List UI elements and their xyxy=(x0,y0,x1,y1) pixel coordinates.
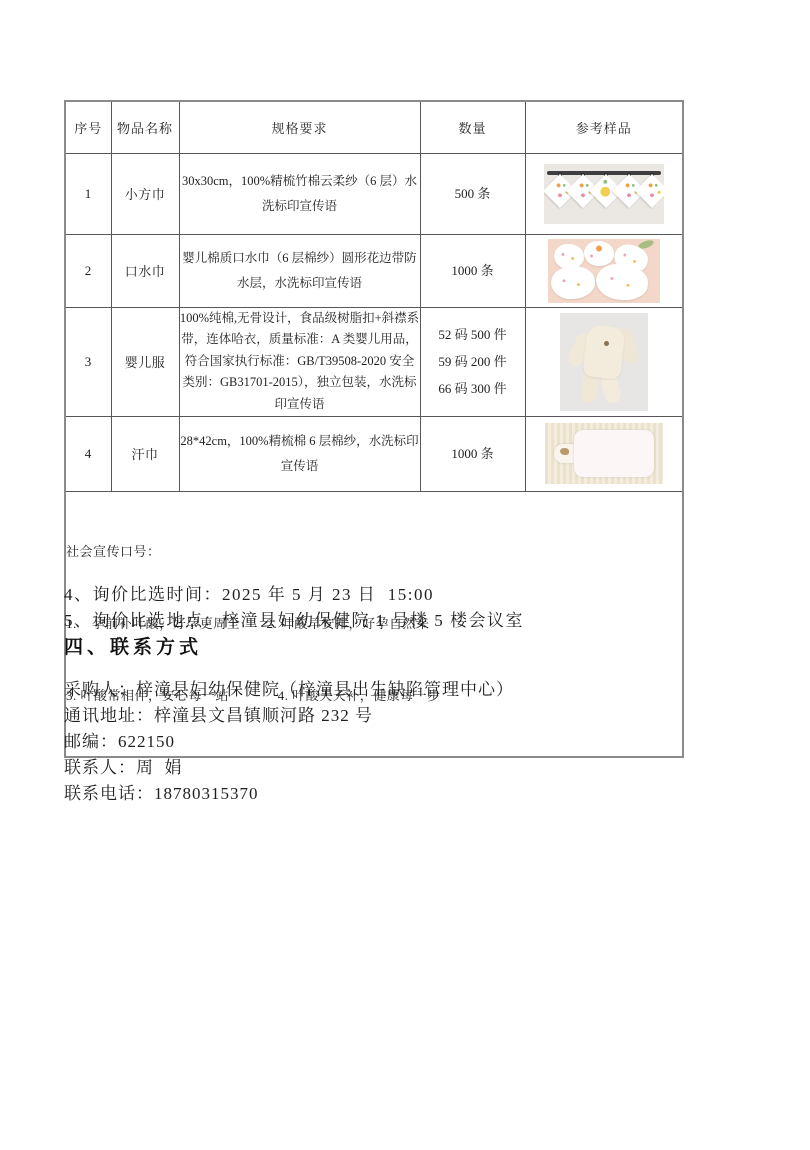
purchaser-line: 采购人：梓潼县妇幼保健院（梓潼县出生缺陷管理中心） xyxy=(64,677,704,703)
romper-body xyxy=(582,324,625,380)
table-row: 4 汗巾 28*42cm，100%精梳棉 6 层棉纱，水洗标印宣传语 1000 … xyxy=(65,416,683,491)
cell-quantity: 500 条 xyxy=(420,153,525,234)
towel xyxy=(635,174,664,208)
contact-person-line: 联系人：周 娟 xyxy=(64,755,704,781)
slogan-title: 社会宣传口号： xyxy=(66,540,682,564)
col-header-sample: 参考样品 xyxy=(525,101,683,153)
bib xyxy=(549,263,596,300)
bib xyxy=(554,244,584,269)
cell-sample xyxy=(525,416,683,491)
cell-serial: 3 xyxy=(65,307,111,416)
cell-quantity: 52 码 500 件 59 码 200 件 66 码 300 件 xyxy=(420,307,525,416)
baby-romper-photo xyxy=(560,313,648,411)
col-header-serial: 序号 xyxy=(65,101,111,153)
sweat-towel-photo xyxy=(545,423,663,484)
cell-spec: 100%纯棉,无骨设计，食品级树脂扣+斜襟系带，连体哈衣，质量标准：A 类婴儿用… xyxy=(179,307,420,416)
hanging-towels-photo xyxy=(544,164,664,224)
col-header-quantity: 数量 xyxy=(420,101,525,153)
col-header-name: 物品名称 xyxy=(111,101,179,153)
flower-bibs-photo xyxy=(548,239,660,303)
cell-sample xyxy=(525,307,683,416)
cell-sample xyxy=(525,153,683,234)
cell-quantity: 1000 条 xyxy=(420,416,525,491)
postcode-line: 邮编：622150 xyxy=(64,729,704,755)
table-row: 2 口水巾 婴儿棉质口水巾（6 层棉纱）圆形花边带防水层，水洗标印宣传语 100… xyxy=(65,234,683,307)
table-header-row: 序号 物品名称 规格要求 数量 参考样品 xyxy=(65,101,683,153)
cell-serial: 1 xyxy=(65,153,111,234)
inquiry-location-line: 5、询价比选地点：梓潼县妇幼保健院 1 号楼 5 楼会议室 xyxy=(64,608,704,634)
cell-serial: 2 xyxy=(65,234,111,307)
cell-spec: 28*42cm，100%精梳棉 6 层棉纱，水洗标印宣传语 xyxy=(179,416,420,491)
cell-quantity: 1000 条 xyxy=(420,234,525,307)
cell-spec: 婴儿棉质口水巾（6 层棉纱）圆形花边带防水层，水洗标印宣传语 xyxy=(179,234,420,307)
cell-item-name: 口水巾 xyxy=(111,234,179,307)
cell-spec: 30x30cm，100%精梳竹棉云柔纱（6 层）水洗标印宣传语 xyxy=(179,153,420,234)
inquiry-time-line: 4、询价比选时间：2025 年 5 月 23 日 15:00 xyxy=(64,582,704,608)
col-header-spec: 规格要求 xyxy=(179,101,420,153)
romper-button xyxy=(604,341,609,346)
bib xyxy=(584,241,614,266)
document-page: 序号 物品名称 规格要求 数量 参考样品 1 小方巾 30x30cm，100%精… xyxy=(0,0,810,1150)
towel-body xyxy=(574,430,654,477)
table-row: 1 小方巾 30x30cm，100%精梳竹棉云柔纱（6 层）水洗标印宣传语 50… xyxy=(65,153,683,234)
cell-item-name: 小方巾 xyxy=(111,153,179,234)
bird-embroidery xyxy=(560,448,569,455)
table-row: 3 婴儿服 100%纯棉,无骨设计，食品级树脂扣+斜襟系带，连体哈衣，质量标准：… xyxy=(65,307,683,416)
cell-serial: 4 xyxy=(65,416,111,491)
address-line: 通讯地址：梓潼县文昌镇顺河路 232 号 xyxy=(64,703,704,729)
cell-item-name: 汗巾 xyxy=(111,416,179,491)
body-text-block: 4、询价比选时间：2025 年 5 月 23 日 15:00 5、询价比选地点：… xyxy=(64,562,704,807)
cell-item-name: 婴儿服 xyxy=(111,307,179,416)
cell-sample xyxy=(525,234,683,307)
contact-section-heading: 四、联系方式 xyxy=(64,634,704,661)
contact-phone-line: 联系电话：18780315370 xyxy=(64,781,704,807)
